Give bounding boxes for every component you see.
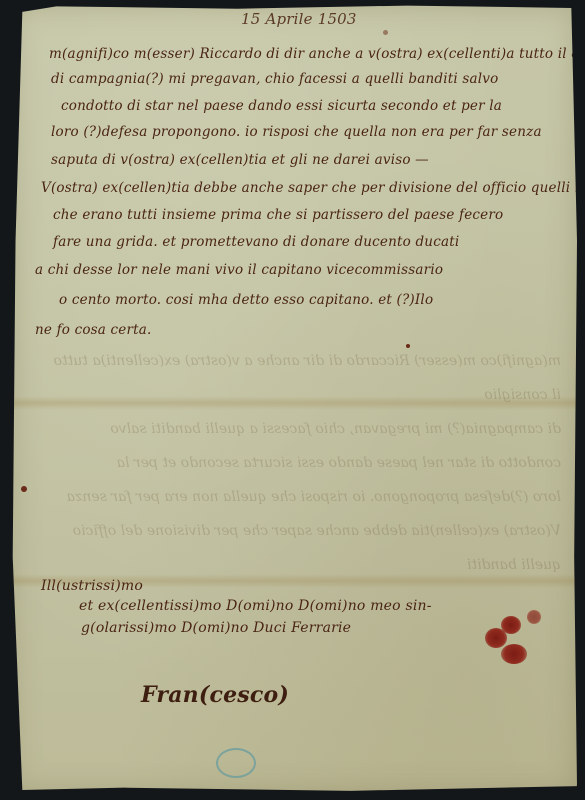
- signature: Fran(cesco): [141, 682, 289, 708]
- body-line: o cento morto. cosi mha detto esso capit…: [59, 292, 433, 308]
- body-line: loro (?)defesa propongono. io risposi ch…: [51, 124, 542, 140]
- body-line: m(agnifi)co m(esser) Riccardo di dir anc…: [49, 46, 585, 62]
- bleed-through-text: m(agnifi)co m(esser) Riccardo di dir anc…: [51, 344, 561, 574]
- address-line: et ex(cellentissi)mo D(omi)no D(omi)no m…: [79, 598, 432, 614]
- body-line: di campagnia(?) mi pregavan, chio facess…: [51, 71, 498, 87]
- body-line: saputa di v(ostra) ex(cellen)tia et gli …: [51, 152, 429, 168]
- letter-date: 15 Aprile 1503: [241, 10, 357, 28]
- archival-stamp: [216, 748, 256, 778]
- body-line: fare una grida. et promettevano di donar…: [53, 234, 459, 250]
- ink-spot: [406, 344, 410, 348]
- ink-spot: [21, 486, 27, 492]
- body-line: che erano tutti insieme prima che si par…: [53, 207, 503, 223]
- wax-seal: [479, 614, 543, 674]
- body-line: a chi desse lor nele mani vivo il capita…: [35, 262, 443, 278]
- ink-spot: [383, 30, 388, 35]
- body-line: V(ostra) ex(cellen)tia debbe anche saper…: [41, 180, 585, 196]
- manuscript-page: m(agnifi)co m(esser) Riccardo di dir anc…: [11, 4, 577, 794]
- body-line: condotto di star nel paese dando essi si…: [61, 98, 502, 114]
- address-line: Ill(ustrissi)mo: [41, 578, 143, 594]
- body-line: ne fo cosa certa.: [35, 322, 152, 338]
- address-line: g(olarissi)mo D(omi)no Duci Ferrarie: [81, 620, 351, 636]
